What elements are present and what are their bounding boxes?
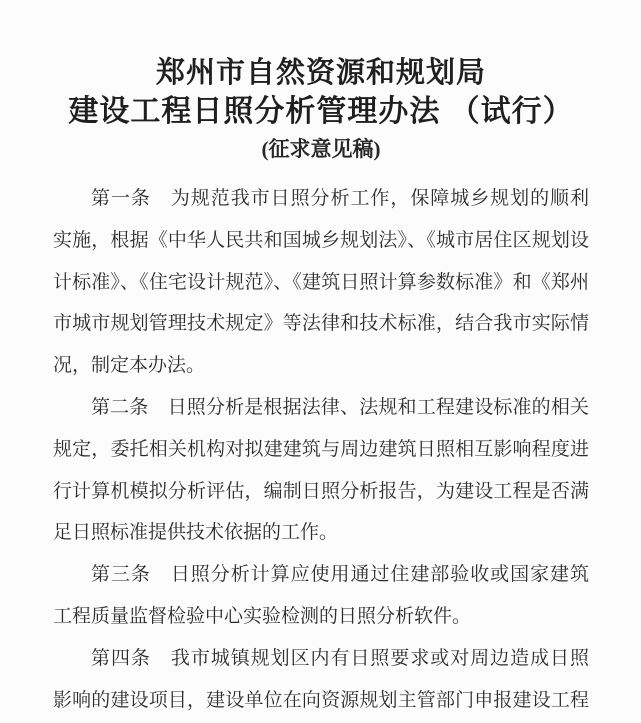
document-subtitle-draft-note: (征求意见稿) — [53, 134, 589, 164]
document-line: 计标准》、《住宅设计规范》、《建筑日照计算参数标准》和《郑州 — [53, 262, 589, 304]
document-line: 第四条 我市城镇规划区内有日照要求或对周边造成日照 — [53, 638, 589, 680]
document-line: 足日照标准提供技术依据的工作。 — [53, 512, 589, 554]
document-line: 规定，委托相关机构对拟建建筑与周边建筑日照相互影响程度进 — [53, 429, 589, 471]
document-line: 第三条 日照分析计算应使用通过住建部验收或国家建筑 — [53, 554, 589, 596]
document-line: 影响的建设项目，建设单位在向资源规划主管部门申报建设工程 — [53, 680, 589, 722]
document-line: 第一条 为规范我市日照分析工作，保障城乡规划的顺利 — [53, 178, 589, 220]
document-line: 实施，根据《中华人民共和国城乡规划法》、《城市居住区规划设 — [53, 220, 589, 262]
document-page: 郑州市自然资源和规划局 建设工程日照分析管理办法 （试行） (征求意见稿) 第一… — [0, 0, 641, 723]
document-line: 第二条 日照分析是根据法律、法规和工程建设标准的相关 — [53, 387, 589, 429]
document-title-main: 建设工程日照分析管理办法 （试行） — [53, 92, 589, 132]
document-line: 行计算机模拟分析评估，编制日照分析报告，为建设工程是否满 — [53, 471, 589, 513]
document-line: 况，制定本办法。 — [53, 345, 589, 387]
document-title-agency: 郑州市自然资源和规划局 — [53, 55, 589, 92]
document-line: 市城市规划管理技术规定》等法律和技术标准，结合我市实际情 — [53, 303, 589, 345]
document-body: 第一条 为规范我市日照分析工作，保障城乡规划的顺利 实施，根据《中华人民共和国城… — [53, 178, 589, 721]
document-line: 工程质量监督检验中心实验检测的日照分析软件。 — [53, 596, 589, 638]
